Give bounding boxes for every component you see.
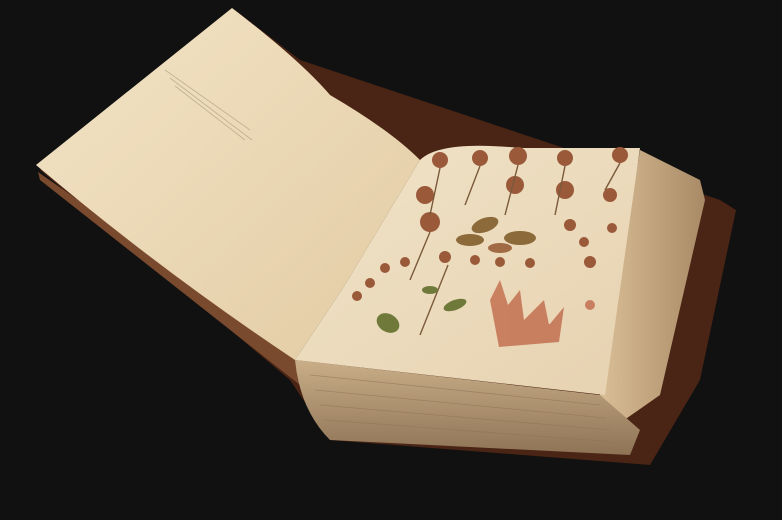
herbarium-photo [0, 0, 782, 520]
book-illustration [0, 0, 782, 520]
